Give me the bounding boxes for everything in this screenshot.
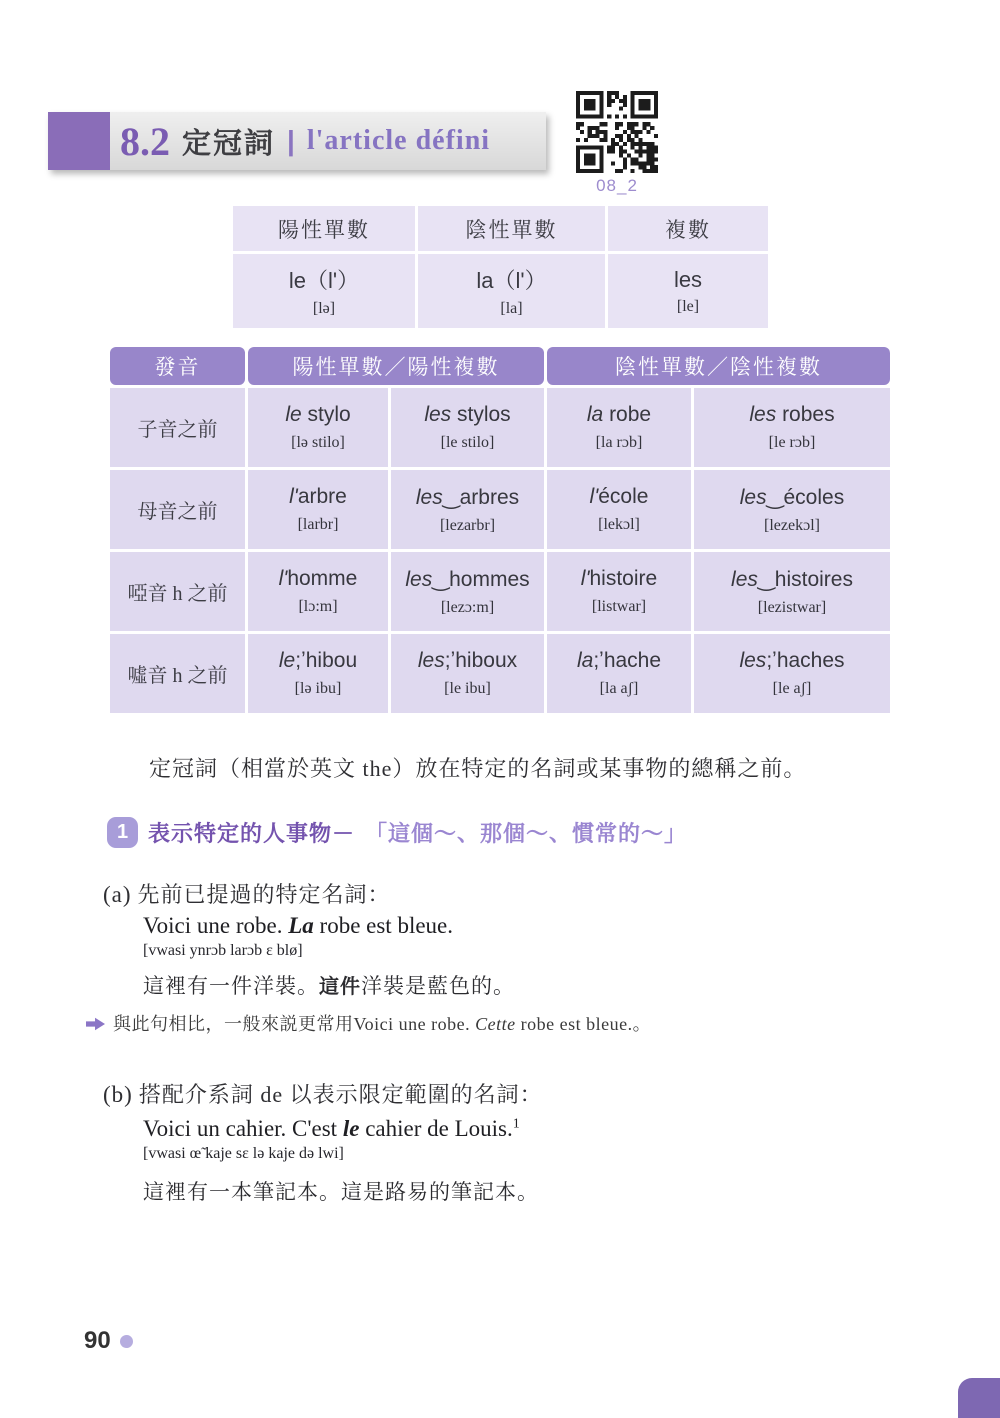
qr-code-image xyxy=(576,91,658,173)
ipa: [lezɔ:m] xyxy=(441,599,494,617)
textbook-page: 8.2 定冠詞 | l'article défini 08_2 陽性單數 陰性單… xyxy=(0,0,1000,1418)
pron-row-label: 子音之前 xyxy=(110,388,245,467)
pron-row-label: 母音之前 xyxy=(110,470,245,549)
pron-table-header: 陽性單數／陽性複數 xyxy=(248,347,544,385)
item-a-translation: 這裡有一件洋裝。這件洋裝是藍色的。 xyxy=(143,970,515,1000)
pron-cell: l'histoire [listwar] xyxy=(547,552,691,631)
item-a-ipa: [vwasi ynrɔb larɔb ɛ blø] xyxy=(143,942,303,960)
item-b-title: 搭配介系詞 de 以表示限定範圍的名詞： xyxy=(139,1082,543,1107)
pron-cell: les;ʼhiboux [le ibu] xyxy=(391,634,544,713)
pron-cell: les‿arbres [lezarbr] xyxy=(391,470,544,549)
pron-row-label: 噓音 h 之前 xyxy=(110,634,245,713)
item-a-heading: (a)先前已提過的特定名詞： xyxy=(103,878,391,909)
article-form: la（l'） xyxy=(476,264,546,295)
pron-cell: le stylo [lə stilo] xyxy=(248,388,388,467)
french-phrase: les stylos xyxy=(424,403,510,427)
item-b-translation: 這裡有一本筆記本。這是路易的筆記本。 xyxy=(143,1176,539,1206)
page-corner-tab xyxy=(958,1378,1000,1418)
section-number: 8.2 xyxy=(120,118,170,165)
pron-cell: l'école [lekɔl] xyxy=(547,470,691,549)
pron-cell: les‿histoires [lezistwar] xyxy=(694,552,890,631)
french-phrase: les robes xyxy=(749,403,834,427)
ipa: [listwar] xyxy=(592,598,646,616)
article-table-cell: le（l'） [lə] xyxy=(233,254,415,328)
pron-table-header: 陰性單數／陰性複數 xyxy=(547,347,890,385)
item-a-title: 先前已提過的特定名詞： xyxy=(138,882,391,907)
article-table-header: 陰性單數 xyxy=(418,206,605,251)
french-phrase: l'arbre xyxy=(289,485,347,509)
item-b-example: Voici un cahier. C'est le cahier de Loui… xyxy=(143,1116,520,1142)
ipa: [lezistwar] xyxy=(758,599,826,617)
french-phrase: les‿écoles xyxy=(740,485,844,510)
page-number-dot xyxy=(120,1335,133,1348)
french-phrase: le stylo xyxy=(285,403,350,427)
section-1-heading: 1 表示特定的人事物－「這個～、那個～、慣常的～」 xyxy=(107,817,687,848)
pron-cell: la;ʼhache [la aʃ] xyxy=(547,634,691,713)
ipa: [le aʃ] xyxy=(773,680,812,698)
french-phrase: les;ʼhiboux xyxy=(418,649,517,673)
french-phrase: l'homme xyxy=(279,567,358,591)
ipa: [lə stilo] xyxy=(291,434,345,452)
article-table: 陽性單數 陰性單數 複數 le（l'） [lə] la（l'） [la] les… xyxy=(233,206,768,328)
ipa: [lezekɔl] xyxy=(764,517,820,535)
ipa: [le stilo] xyxy=(441,434,495,452)
ipa: [la rɔb] xyxy=(596,434,643,452)
item-b-label: (b) xyxy=(103,1082,133,1107)
french-phrase: la;ʼhache xyxy=(577,649,661,673)
ipa: [le rɔb] xyxy=(769,434,816,452)
qr-code-label: 08_2 xyxy=(576,176,658,196)
footnote-marker: 1 xyxy=(513,1116,520,1131)
pron-cell: l'homme [lɔ:m] xyxy=(248,552,388,631)
section-number-badge: 1 xyxy=(107,817,138,848)
section-title-sub: 「這個～、那個～、慣常的～」 xyxy=(365,817,687,848)
ipa: [le ibu] xyxy=(444,680,491,698)
pron-cell: les stylos [le stilo] xyxy=(391,388,544,467)
article-table-header: 複數 xyxy=(608,206,768,251)
article-form: le（l'） xyxy=(289,264,359,295)
ipa: [larbr] xyxy=(298,516,339,534)
pron-cell: l'arbre [larbr] xyxy=(248,470,388,549)
pron-cell: la robe [la rɔb] xyxy=(547,388,691,467)
ipa: [lə ibu] xyxy=(295,680,342,698)
article-form: les xyxy=(674,267,702,293)
pron-cell: les;ʼhaches [le aʃ] xyxy=(694,634,890,713)
section-title-main: 表示特定的人事物－ xyxy=(148,817,355,848)
article-ipa: [la] xyxy=(500,300,522,318)
article-ipa: [lə] xyxy=(313,300,335,318)
pron-table-header: 發音 xyxy=(110,347,245,385)
header-content: 8.2 定冠詞 | l'article défini xyxy=(120,112,490,170)
french-phrase: les‿arbres xyxy=(416,485,519,510)
header-accent-square xyxy=(48,112,110,170)
section-title-chinese: 定冠詞 xyxy=(182,121,275,162)
section-title-french: l'article défini xyxy=(307,125,490,157)
qr-code xyxy=(576,91,658,173)
french-phrase: les‿histoires xyxy=(731,567,853,592)
section-header-bar: 8.2 定冠詞 | l'article défini xyxy=(48,112,546,170)
french-phrase: le;ʼhibou xyxy=(279,649,357,673)
ipa: [lɔ:m] xyxy=(298,598,337,616)
item-b-heading: (b)搭配介系詞 de 以表示限定範圍的名詞： xyxy=(103,1078,543,1109)
french-phrase: l'histoire xyxy=(581,567,657,591)
page-footer: 90 xyxy=(84,1327,133,1355)
article-table-cell: les [le] xyxy=(608,254,768,328)
article-table-cell: la（l'） [la] xyxy=(418,254,605,328)
ipa: [lezarbr] xyxy=(440,517,495,535)
ipa: [la aʃ] xyxy=(600,680,639,698)
pron-cell: le;ʼhibou [lə ibu] xyxy=(248,634,388,713)
pron-cell: les robes [le rɔb] xyxy=(694,388,890,467)
page-number: 90 xyxy=(84,1327,111,1355)
article-table-header: 陽性單數 xyxy=(233,206,415,251)
intro-paragraph: 定冠詞（相當於英文 the）放在特定的名詞或某事物的總稱之前。 xyxy=(105,752,905,783)
french-phrase: la robe xyxy=(587,403,651,427)
french-phrase: l'école xyxy=(590,485,649,509)
article-ipa: [le] xyxy=(677,298,699,316)
pronunciation-table: 發音 陽性單數／陽性複數 陰性單數／陰性複數 子音之前 le stylo [lə… xyxy=(110,347,890,713)
french-phrase: les‿hommes xyxy=(405,567,529,592)
ipa: [lekɔl] xyxy=(598,516,640,534)
pron-cell: les‿écoles [lezekɔl] xyxy=(694,470,890,549)
pron-row-label: 啞音 h 之前 xyxy=(110,552,245,631)
arrow-icon xyxy=(86,1015,105,1029)
usage-note: 與此句相比，一般來説更常用Voici une robe. Cette robe … xyxy=(86,1010,916,1036)
item-a-example: Voici une robe. La robe est bleue. xyxy=(143,913,453,939)
pron-cell: les‿hommes [lezɔ:m] xyxy=(391,552,544,631)
item-a-label: (a) xyxy=(103,882,132,907)
item-b-ipa: [vwasi œ̃ kaje sɛ lə kaje də lwi] xyxy=(143,1145,344,1163)
header-separator: | xyxy=(287,125,295,157)
french-phrase: les;ʼhaches xyxy=(739,649,844,673)
